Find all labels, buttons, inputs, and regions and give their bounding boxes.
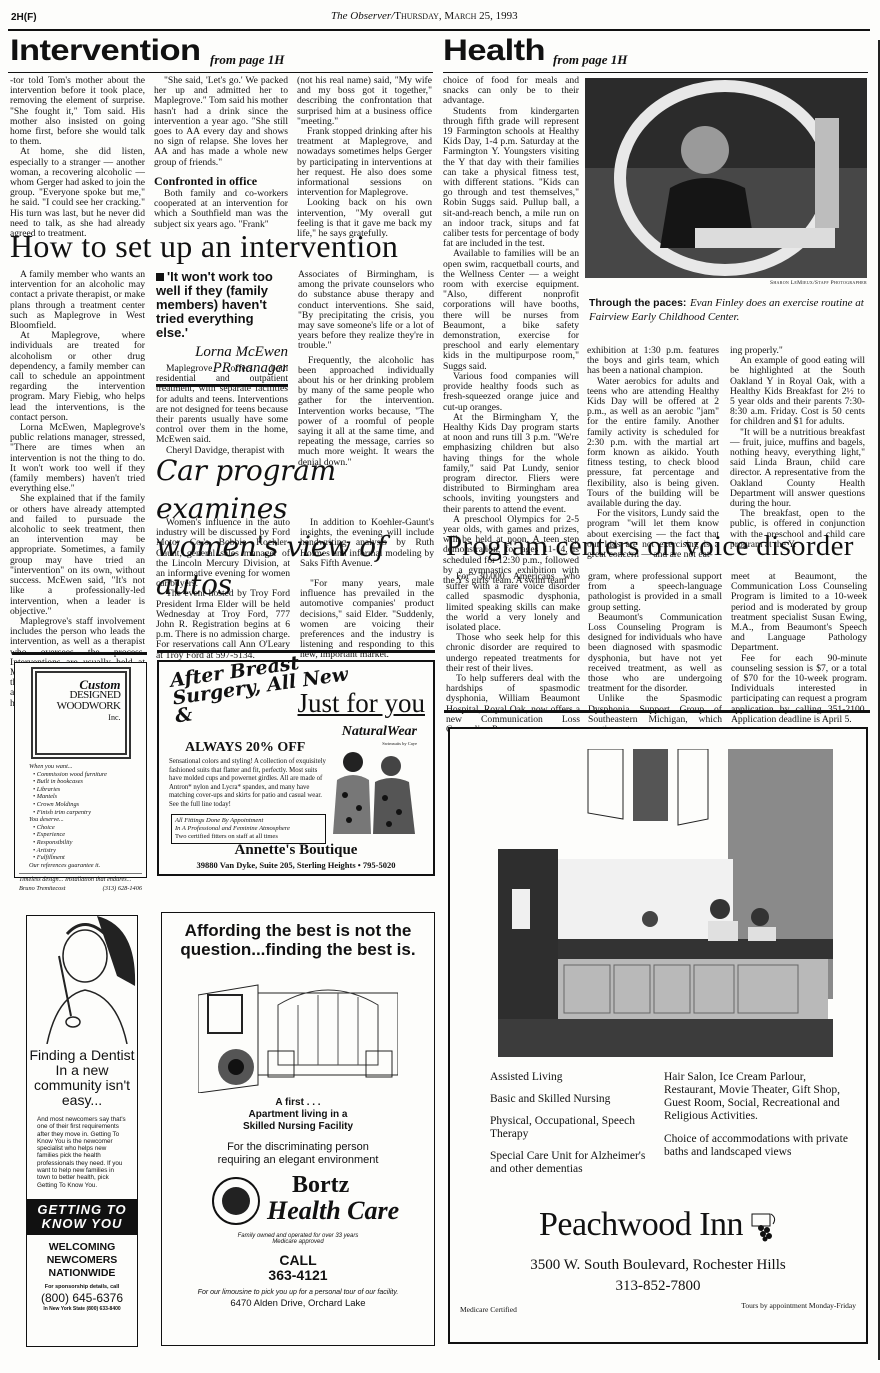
ad-text: Our references guarantee it.	[29, 862, 142, 870]
caption-lead: Through the paces:	[589, 297, 686, 309]
ad-rule	[12, 652, 147, 655]
ny-phone: In New York State (800) 633-8400	[27, 1306, 137, 1312]
list-item: • Artistry	[33, 847, 142, 855]
header-rule	[8, 29, 870, 31]
paragraph: Both family and co-workers cooperated at…	[154, 189, 288, 230]
call-label: CALL	[162, 1253, 434, 1268]
intervention-col-2: "She said, 'Let's go.' We packed her up …	[154, 76, 288, 230]
how-to-headline: How to set up an intervention	[10, 228, 435, 265]
how-to-col-3: Associates of Birmingham, is among the p…	[298, 270, 434, 468]
peachwood-name: Peachwood Inn	[450, 1206, 866, 1244]
paragraph: exhibition at 1:30 p.m. features the boy…	[587, 346, 719, 377]
dentist-illustration	[27, 916, 137, 1044]
wants-list: • Commission wood furniture • Built in b…	[29, 771, 142, 817]
dentist-ad: Finding a Dentist In a new community isn…	[26, 915, 138, 1347]
bullet-square-icon	[156, 273, 164, 281]
bortz-name: Bortz	[292, 1173, 349, 1197]
health-care-name: Health Care	[267, 1197, 399, 1225]
subhead: Confronted in office	[154, 176, 288, 186]
jump-from: from page 1H	[553, 52, 627, 68]
bortz-address: 6470 Alden Drive, Orchard Lake	[162, 1298, 434, 1309]
paragraph: "For many years, male influence has prev…	[300, 579, 434, 661]
models-illustration	[323, 750, 423, 834]
bortz-logo: Bortz Health Care	[162, 1175, 434, 1229]
woodwork-logo: Custom Designed Woodwork Inc.	[31, 667, 131, 759]
paragraph: -tor told Tom's mother about the interve…	[10, 76, 145, 147]
issue-date: Thursday, March 25, 1993	[394, 10, 517, 22]
ad-text: When you want...	[29, 763, 142, 771]
boutique-name: Annette's Boutique	[159, 842, 433, 859]
bortz-seal-icon	[212, 1177, 260, 1225]
paragraph: In addition to Koehler-Gaunt's insights,…	[300, 518, 434, 569]
paragraph: For 30,000 Americans who suffer with a r…	[446, 572, 580, 633]
apartment-living: A first . . . Apartment living in a Skil…	[162, 1097, 434, 1133]
list-item: • Commission wood furniture	[33, 771, 142, 779]
ad-text: Skilled Nursing Facility	[162, 1121, 434, 1133]
intervention-col-3: (not his real name) said, "My wife and m…	[297, 76, 432, 239]
paragraph: Water aerobics for adults and teens who …	[587, 377, 719, 510]
paragraph: At the Birmingham Y, the Healthy Kids Da…	[443, 413, 579, 515]
paragraph: Various food companies will provide heal…	[443, 372, 579, 413]
woodwork-contact: Bruno Tremitecost (313) 628-1406	[19, 885, 142, 892]
list-item: • Libraries	[33, 786, 142, 794]
paragraph: Students from kindergarten through fifth…	[443, 107, 579, 250]
contact-name: Bruno Tremitecost	[19, 885, 65, 892]
service-item: Hair Salon, Ice Cream Parlour, Restauran…	[664, 1071, 854, 1123]
paragraph: Available to families will be an open sw…	[443, 249, 579, 371]
bortz-ad: Affording the best is not the question..…	[161, 912, 435, 1346]
ad-text: All Fittings Done By Appointment	[175, 817, 322, 825]
list-item: • Choice	[33, 824, 142, 832]
page-number: 2H(F)	[11, 12, 37, 23]
paragraph: choice of food for meals and snacks can …	[443, 76, 579, 107]
ad-text: NATIONWIDE	[27, 1267, 137, 1280]
service-item: Special Care Unit for Alzheimer's and ot…	[490, 1150, 660, 1176]
paragraph: Lorna McEwen, Maplegrove's public relati…	[10, 423, 145, 494]
service-item: Assisted Living	[490, 1071, 660, 1084]
ad-text: Apartment living in a	[162, 1109, 434, 1121]
dentist-headline: Finding a Dentist In a new community isn…	[27, 1048, 137, 1108]
woodwork-tagline: Timeless design... Installation that end…	[19, 873, 142, 883]
grapes-icon	[751, 1212, 777, 1242]
woodwork-ad: Custom Designed Woodwork Inc. When you w…	[14, 662, 147, 878]
jump-title: Intervention	[10, 34, 201, 68]
photo-caption: Through the paces: Evan Finley does an e…	[589, 296, 869, 324]
page-edge	[876, 40, 880, 1360]
woodwork-copy: When you want... • Commission wood furni…	[19, 763, 142, 869]
medicare-approved: Medicare approved	[162, 1239, 434, 1245]
how-to-col-1: A family member who wants an interventio…	[10, 270, 145, 709]
ad-text: You deserve...	[29, 816, 142, 824]
quote: 'It won't work too well if they (family …	[156, 269, 273, 340]
paragraph: At Maplegrove, where individuals are tre…	[10, 331, 145, 423]
list-item: • Fulfillment	[33, 854, 142, 862]
exercise-photo	[585, 78, 867, 278]
peachwood-ad: Assisted Living Basic and Skilled Nursin…	[448, 727, 868, 1344]
boutique-ad: After Breast Surgery, All New & Just for…	[157, 660, 435, 876]
contact-phone: (313) 628-1406	[103, 885, 142, 892]
divider	[443, 72, 868, 73]
list-item: • Crown Moldings	[33, 801, 142, 809]
paragraph: meet at Beaumont, the Communication Loss…	[731, 572, 867, 654]
tours-text: Tours by appointment Monday-Friday	[741, 1301, 856, 1310]
paragraph: A family member who wants an interventio…	[10, 270, 145, 331]
paragraph: Fee for each 90-minute counseling sessio…	[731, 654, 867, 725]
lobby-photo	[498, 749, 833, 1057]
boutique-body: Sensational colors and styling! A collec…	[169, 758, 329, 810]
list-item: • Experience	[33, 831, 142, 839]
photo-credit: Sharon LeMieux/Staff Photographer	[585, 280, 867, 286]
paragraph: Beaumont's Communication Loss Counseling…	[588, 613, 722, 695]
inn-name: Peachwood Inn	[539, 1206, 743, 1243]
paragraph: Frank stopped drinking after his treatme…	[297, 127, 432, 198]
paragraph: Women's influence in the auto industry w…	[156, 518, 290, 589]
peachwood-address: 3500 W. South Boulevard, Rochester Hills	[450, 1257, 866, 1274]
paper-name: The Observer/	[331, 10, 394, 22]
voice-headline: Program centers on voice disorder	[446, 530, 871, 563]
welcoming-block: WELCOMING NEWCOMERS NATIONWIDE	[27, 1241, 137, 1280]
brand-sub: Swimsuits by Caye	[382, 741, 417, 746]
offer: ALWAYS 20% OFF	[185, 740, 305, 756]
services-left: Assisted Living Basic and Skilled Nursin…	[490, 1071, 660, 1176]
jump-title: Health	[443, 34, 545, 68]
health-jump-head: Health from page 1H	[443, 34, 868, 68]
dentist-body: And most newcomers say that's one of the…	[27, 1108, 137, 1189]
list-item: • Finish trim carpentry	[33, 809, 142, 817]
paragraph: An example of good eating will be highli…	[730, 356, 865, 427]
list-item: • Built in bookcases	[33, 778, 142, 786]
service-item: Basic and Skilled Nursing	[490, 1093, 660, 1106]
ad-text: WELCOMING	[27, 1241, 137, 1254]
jump-from: from page 1H	[210, 52, 284, 68]
health-col-1: choice of food for meals and snacks can …	[443, 76, 579, 586]
list-item: • Mantels	[33, 793, 142, 801]
paragraph: She explained that if the family or othe…	[10, 494, 145, 616]
service-item: Choice of accommodations with private ba…	[664, 1133, 854, 1159]
ad-text: A first . . .	[162, 1097, 434, 1109]
child-in-hoop-image	[585, 78, 867, 278]
ad-text: requiring an elegant environment	[162, 1154, 434, 1167]
limo-text: For our limousine to pick you up for a p…	[162, 1289, 434, 1296]
bortz-headline: Affording the best is not the question..…	[162, 913, 434, 959]
paragraph: gram, where professional support from a …	[588, 572, 722, 613]
paragraph: Associates of Birmingham, is among the p…	[298, 270, 434, 352]
logo-text: Woodwork	[41, 701, 121, 712]
boutique-address: 39880 Van Dyke, Suite 205, Sterling Heig…	[159, 860, 433, 870]
voice-col-3: meet at Beaumont, the Communication Loss…	[731, 572, 867, 725]
how-to-col-2: Maplegrove offers both residential and o…	[156, 364, 288, 456]
section-rule	[444, 710, 870, 713]
paragraph: Maplegrove offers both residential and o…	[156, 364, 288, 446]
health-col-2: exhibition at 1:30 p.m. features the boy…	[587, 346, 719, 560]
medicare-certified: Medicare Certified	[460, 1305, 517, 1314]
page-header: 2H(F) The Observer/Thursday, March 25, 1…	[11, 10, 862, 30]
paragraph: Those who seek help for this chronic dis…	[446, 633, 580, 674]
ad-text: Two certified fitters on staff at all ti…	[175, 833, 322, 841]
paragraph: At home, she did listen, especially to a…	[10, 147, 145, 239]
ad-text: NEWCOMERS	[27, 1254, 137, 1267]
intervention-col-1: -tor told Tom's mother about the interve…	[10, 76, 145, 239]
car-col-1: Women's influence in the auto industry w…	[156, 518, 290, 661]
sponsor-text: For sponsorship details, call	[27, 1284, 137, 1290]
service-item: Physical, Occupational, Speech Therapy	[490, 1115, 660, 1141]
getting-to-know-you-logo: Getting To Know You	[27, 1199, 137, 1235]
paragraph: (not his real name) said, "My wife and m…	[297, 76, 432, 127]
paragraph: "It will be a nutritious breakfast — fru…	[730, 428, 865, 510]
fittings-box: All Fittings Done By Appointment In A Pr…	[171, 814, 326, 844]
bortz-phone: 363-4121	[162, 1268, 434, 1283]
dentist-phone: (800) 645-6376	[27, 1291, 137, 1305]
intervention-jump-head: Intervention from page 1H	[10, 34, 435, 68]
peachwood-phone: 313-852-7800	[450, 1278, 866, 1295]
masthead: The Observer/Thursday, March 25, 1993	[331, 10, 518, 22]
lobby-illustration	[198, 965, 398, 1093]
just-for-you: Just for you	[298, 688, 426, 719]
pull-quote-text: 'It won't work too well if they (family …	[156, 270, 288, 340]
services-right: Hair Salon, Ice Cream Parlour, Restauran…	[664, 1071, 854, 1159]
logo-text: Inc.	[41, 712, 121, 723]
ad-text: For the discriminating person	[162, 1141, 434, 1154]
ad-text: In A Professional and Feminine Atmospher…	[175, 825, 322, 833]
deserves-list: • Choice • Experience • Responsibility •…	[29, 824, 142, 862]
divider	[8, 72, 433, 73]
health-col-3: ing properly." An example of good eating…	[730, 346, 865, 550]
list-item: • Responsibility	[33, 839, 142, 847]
pull-quote-name: Lorna McEwen	[156, 344, 288, 360]
car-col-2: In addition to Koehler-Gaunt's insights,…	[300, 518, 434, 661]
paragraph: "She said, 'Let's go.' We packed her up …	[154, 76, 288, 168]
brand-logo: NaturalWear	[342, 724, 417, 740]
discriminating-person: For the discriminating person requiring …	[162, 1141, 434, 1167]
